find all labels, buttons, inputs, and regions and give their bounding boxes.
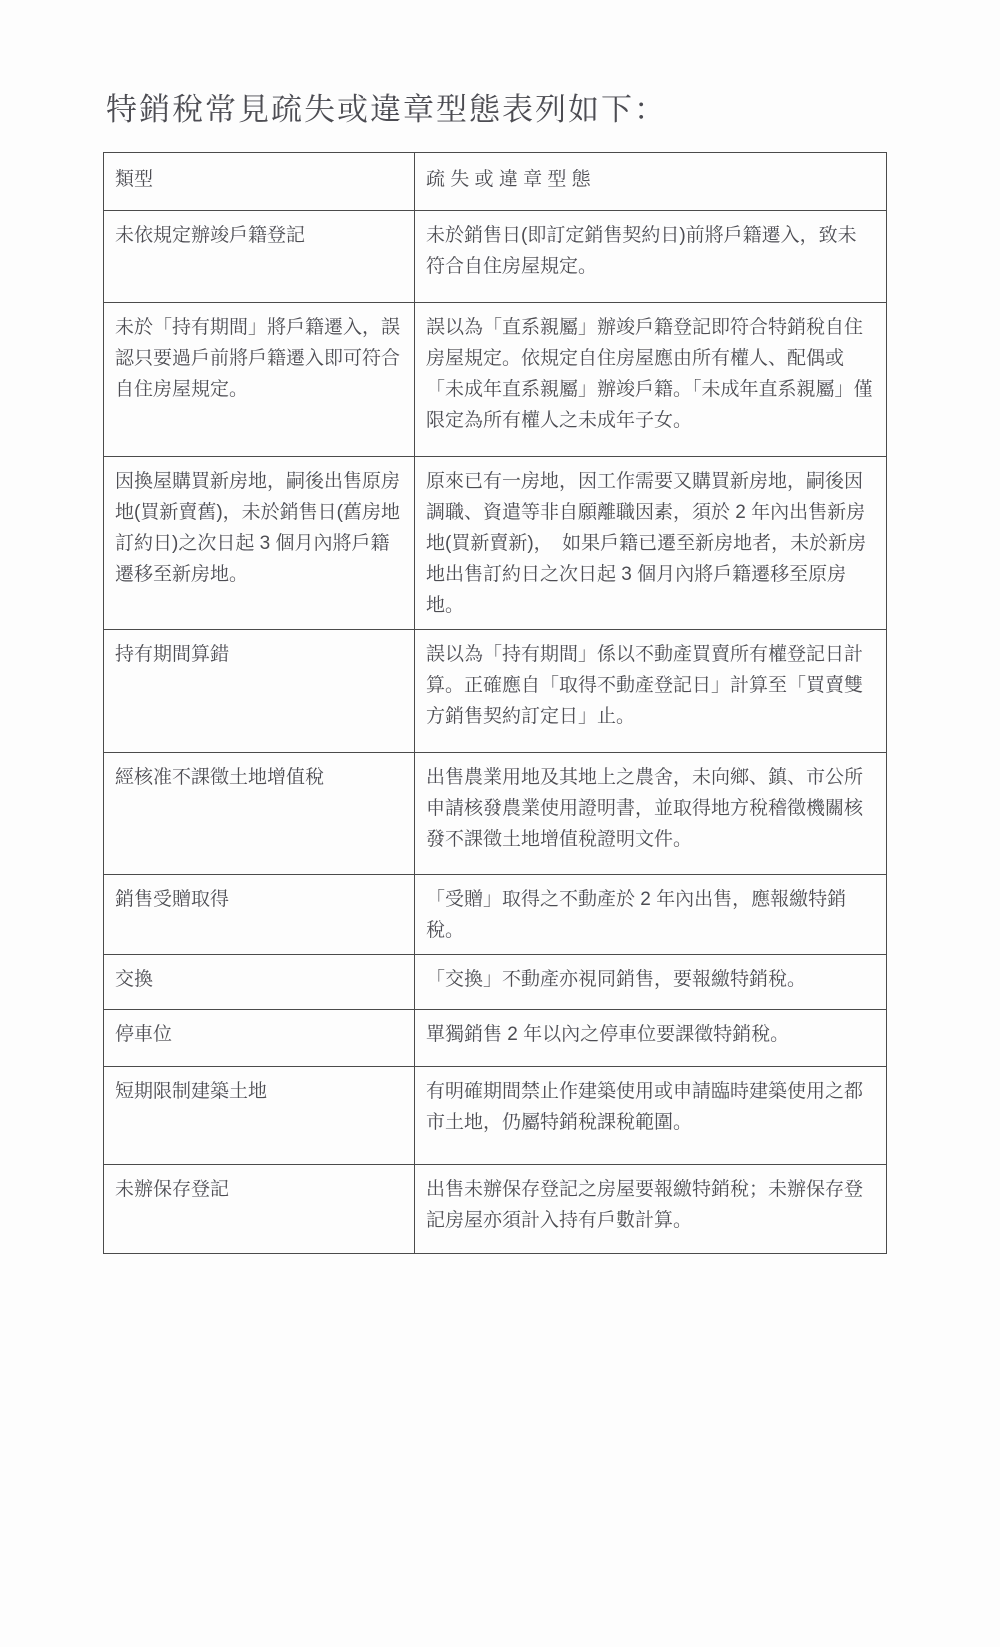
table-row: 因換屋購買新房地，嗣後出售原房地(買新賣舊)，未於銷售日(舊房地訂約日)之次日起… (104, 457, 887, 630)
description-cell: 「受贈」取得之不動產於 2 年內出售，應報繳特銷稅。 (415, 875, 887, 955)
description-cell: 誤以為「直系親屬」辦竣戶籍登記即符合特銷稅自住房屋規定。依規定自住房屋應由所有權… (415, 303, 887, 457)
table-row: 未辦保存登記 出售未辦保存登記之房屋要報繳特銷稅；未辦保存登記房屋亦須計入持有戶… (104, 1165, 887, 1254)
type-cell: 經核准不課徵土地增值稅 (104, 753, 415, 875)
type-cell: 短期限制建築土地 (104, 1067, 415, 1165)
table-header-row: 類型 疏 失 或 違 章 型 態 (104, 153, 887, 211)
description-cell: 誤以為「持有期間」係以不動產買賣所有權登記日計算。正確應自「取得不動產登記日」計… (415, 630, 887, 753)
table-row: 短期限制建築土地 有明確期間禁止作建築使用或申請臨時建築使用之都市土地，仍屬特銷… (104, 1067, 887, 1165)
type-cell: 持有期間算錯 (104, 630, 415, 753)
violation-types-table: 類型 疏 失 或 違 章 型 態 未依規定辦竣戶籍登記 未於銷售日(即訂定銷售契… (103, 152, 887, 1254)
type-cell: 交換 (104, 955, 415, 1010)
description-cell: 未於銷售日(即訂定銷售契約日)前將戶籍遷入，致未符合自住房屋規定。 (415, 211, 887, 303)
page-title: 特銷稅常見疏失或違章型態表列如下： (106, 84, 667, 129)
document-page: 特銷稅常見疏失或違章型態表列如下： 類型 疏 失 或 違 章 型 態 未依規定辦… (0, 0, 1000, 1647)
description-cell: 出售未辦保存登記之房屋要報繳特銷稅；未辦保存登記房屋亦須計入持有戶數計算。 (415, 1165, 887, 1254)
table-row: 未依規定辦竣戶籍登記 未於銷售日(即訂定銷售契約日)前將戶籍遷入，致未符合自住房… (104, 211, 887, 303)
table-row: 持有期間算錯 誤以為「持有期間」係以不動產買賣所有權登記日計算。正確應自「取得不… (104, 630, 887, 753)
table-row: 銷售受贈取得 「受贈」取得之不動產於 2 年內出售，應報繳特銷稅。 (104, 875, 887, 955)
type-column-header: 類型 (104, 153, 415, 211)
description-cell: 有明確期間禁止作建築使用或申請臨時建築使用之都市土地，仍屬特銷稅課稅範圍。 (415, 1067, 887, 1165)
type-cell: 因換屋購買新房地，嗣後出售原房地(買新賣舊)，未於銷售日(舊房地訂約日)之次日起… (104, 457, 415, 630)
type-cell: 停車位 (104, 1010, 415, 1067)
type-cell: 銷售受贈取得 (104, 875, 415, 955)
type-cell: 未依規定辦竣戶籍登記 (104, 211, 415, 303)
description-cell: 原來已有一房地，因工作需要又購買新房地，嗣後因調職、資遣等非自願離職因素，須於 … (415, 457, 887, 630)
violation-column-header: 疏 失 或 違 章 型 態 (415, 153, 887, 211)
table-row: 交換 「交換」不動產亦視同銷售，要報繳特銷稅。 (104, 955, 887, 1010)
description-cell: 出售農業用地及其地上之農舍，未向鄉、鎮、市公所申請核發農業使用證明書，並取得地方… (415, 753, 887, 875)
description-cell: 單獨銷售 2 年以內之停車位要課徵特銷稅。 (415, 1010, 887, 1067)
table-row: 未於「持有期間」將戶籍遷入，誤認只要過戶前將戶籍遷入即可符合自住房屋規定。 誤以… (104, 303, 887, 457)
description-cell: 「交換」不動產亦視同銷售，要報繳特銷稅。 (415, 955, 887, 1010)
table-row: 經核准不課徵土地增值稅 出售農業用地及其地上之農舍，未向鄉、鎮、市公所申請核發農… (104, 753, 887, 875)
type-cell: 未於「持有期間」將戶籍遷入，誤認只要過戶前將戶籍遷入即可符合自住房屋規定。 (104, 303, 415, 457)
type-cell: 未辦保存登記 (104, 1165, 415, 1254)
table-row: 停車位 單獨銷售 2 年以內之停車位要課徵特銷稅。 (104, 1010, 887, 1067)
